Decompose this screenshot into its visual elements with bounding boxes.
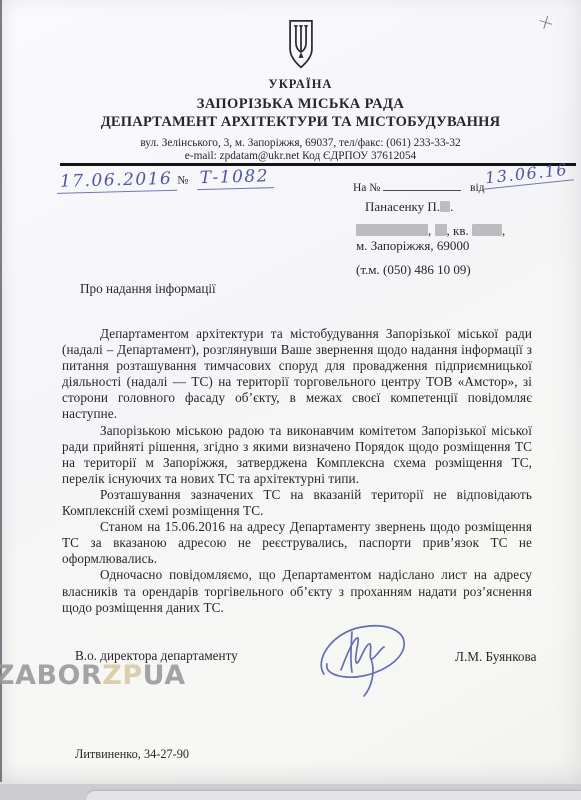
outgoing-number-handwritten: Т-1082 (196, 166, 274, 190)
redaction-box (440, 201, 450, 212)
address-comma: , (447, 223, 450, 238)
body-paragraph: Одночасно повідомляємо, що Департаментом… (62, 567, 532, 615)
recipient-city-line: м. Запоріжжя, 69000 (356, 238, 556, 253)
signer-name: Л.М. Буянкова (455, 649, 536, 665)
executor-line: Литвиненко, 34-27-90 (75, 747, 189, 762)
body-paragraph: Розташування зазначених ТС на вказаній т… (62, 487, 532, 519)
recipient-name: Панасенку П. (365, 199, 440, 214)
address-comma: , (502, 223, 505, 238)
body-paragraph: Станом на 15.06.2016 на адресу Департаме… (62, 519, 532, 567)
trident-emblem-icon (285, 18, 317, 76)
recipient-name-line: Панасенку П.. (356, 199, 556, 214)
next-sheet-edge (86, 791, 581, 800)
number-sign: № (177, 174, 190, 186)
incoming-ref-label: На № (353, 182, 380, 194)
redaction-box (435, 224, 447, 236)
org-address-line: вул. Зелінського, 3, м. Запоріжжя, 69037… (30, 137, 571, 149)
watermark-part: ZABOR (0, 660, 102, 691)
apartment-label: кв. (453, 223, 469, 238)
recipient-name-period: . (450, 199, 453, 214)
letter-body: Департаментом архітектури та містобудува… (62, 326, 532, 616)
redaction-box (472, 224, 502, 236)
outgoing-date-handwritten: 17.06.2016 (57, 169, 178, 194)
recipient-address-line: , , кв. , (356, 223, 556, 238)
org-name-line1: ЗАПОРІЗЬКА МІСЬКА РАДА (30, 96, 571, 113)
recipient-block: Панасенку П.. , , кв. , м. Запоріжжя, 69… (356, 199, 556, 277)
redaction-box (356, 224, 428, 236)
watermark-part: ZP (102, 660, 142, 691)
letterhead-rule (60, 163, 576, 166)
incoming-reference: На № від (353, 179, 485, 194)
signature-scribble-icon (308, 618, 414, 700)
scanned-letter-page: + УКРАЇНА ЗАПОРІЗЬКА МІСЬКА РАДА ДЕПАРТА… (0, 0, 581, 800)
subject-line: Про надання інформації (80, 281, 216, 297)
incoming-ref-blank (383, 179, 461, 191)
org-name-line2: ДЕПАРТАМЕНТ АРХІТЕКТУРИ ТА МІСТОБУДУВАНН… (30, 114, 571, 131)
body-paragraph: Запорізькою міською радою та виконавчим … (62, 423, 532, 487)
body-paragraph: Департаментом архітектури та містобудува… (62, 326, 532, 423)
site-watermark: ZABORZPUA (0, 660, 186, 691)
country-label: УКРАЇНА (30, 77, 571, 92)
watermark-part: UA (143, 660, 186, 691)
org-contact-line: e-mail: zpdatam@ukr.net Код ЄДРПОУ 37612… (30, 150, 571, 162)
recipient-phone-line: (т.м. (050) 486 10 09) (356, 262, 556, 277)
address-comma: , (428, 223, 431, 238)
